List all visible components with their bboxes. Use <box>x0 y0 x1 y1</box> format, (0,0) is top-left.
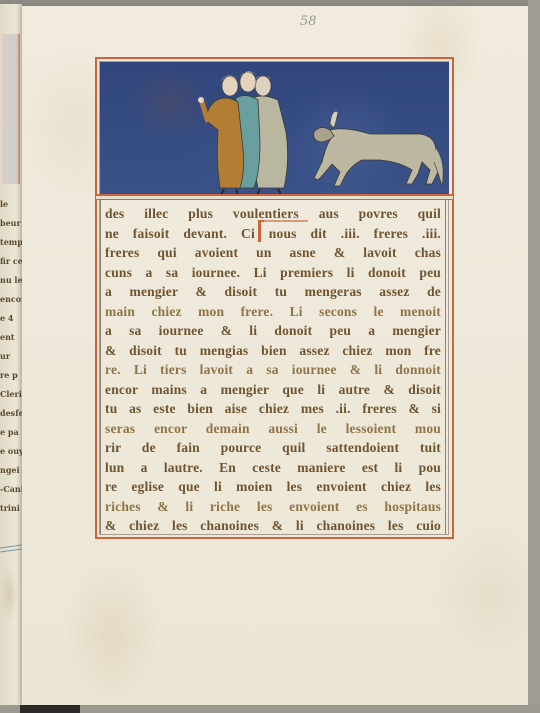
scan-right-edge <box>528 0 540 713</box>
text-line: cuns a sa iournee. Li premiers li donoit… <box>105 263 441 283</box>
text-line: rir de fain pource quil sattendoient tui… <box>105 438 441 458</box>
text-line: tu as este bien aise chiez mes .ii. frer… <box>105 399 441 419</box>
previous-page-fragment: encor <box>0 295 22 304</box>
text-line: lun a lautre. En ceste maniere est li po… <box>105 458 441 478</box>
previous-page-fragment: ngei <box>0 466 22 475</box>
manuscript-text-column: des illec plus voulentiers aus povres qu… <box>100 200 446 534</box>
previous-page-decoration <box>0 544 22 552</box>
previous-page-fragment: -Cani <box>0 485 22 494</box>
text-line: re. Li tiers lavoit a sa iournee & li do… <box>105 360 441 380</box>
paragraph-mark-stroke <box>258 220 308 222</box>
text-line: & disoit tu mengias bien assez chiez mon… <box>105 341 441 361</box>
previous-page-fragment: nu le <box>0 276 22 285</box>
previous-page-fragment: re p <box>0 371 22 380</box>
folio-number: 58 <box>300 14 317 29</box>
previous-page-miniature-edge <box>2 34 20 184</box>
previous-page-fragment: fir ce <box>0 257 22 266</box>
previous-page-fragment: ur <box>0 352 22 361</box>
text-line: a sa iournee & li donoit peu a mengier <box>105 321 441 341</box>
previous-page-fragment: e ouy <box>0 447 22 456</box>
paragraph-mark-rubric <box>258 220 264 242</box>
text-line: seras encor demain aussi le lessoient mo… <box>105 419 441 439</box>
scan-bottom-edge <box>0 705 540 713</box>
text-line: freres qui avoient un asne & lavoit chas <box>105 243 441 263</box>
previous-page-fragment: Cleri <box>0 390 22 399</box>
text-line: riches & li riche les envoient es hospit… <box>105 497 441 517</box>
text-line: main chiez mon frere. Li secons le menoi… <box>105 302 441 322</box>
three-men-and-donkey-illustration <box>100 62 449 196</box>
text-line: a mengier & disoit tu mengeras assez de <box>105 282 441 302</box>
previous-page-fragment: e pa <box>0 428 22 437</box>
previous-page-stain <box>0 564 18 624</box>
previous-page-fragment: ent <box>0 333 22 342</box>
text-line: & chiez les chanoines & li chanoines les… <box>105 516 441 536</box>
previous-page-edge: le beur temp fir ce nu le encor e 4 ent … <box>0 4 22 705</box>
previous-page-fragment: desfel <box>0 409 22 418</box>
text-line: encor mains a mengier que li autre & dis… <box>105 380 441 400</box>
man-ochre-robe-icon <box>198 75 244 195</box>
text-line: ne faisoit devant. Ci nous dit .iii. fre… <box>105 224 441 244</box>
miniature-illustration <box>100 62 449 196</box>
previous-page-fragment: e 4 <box>0 314 22 323</box>
previous-page-fragment: beur <box>0 219 22 228</box>
previous-page-fragment: trini <box>0 504 22 513</box>
donkey-icon <box>314 111 444 186</box>
previous-page-fragment: temp <box>0 238 22 247</box>
scan-bottom-shadow <box>20 704 80 713</box>
text-line: re eglise que li moien les envoient chie… <box>105 477 441 497</box>
previous-page-fragment: le <box>0 200 22 209</box>
